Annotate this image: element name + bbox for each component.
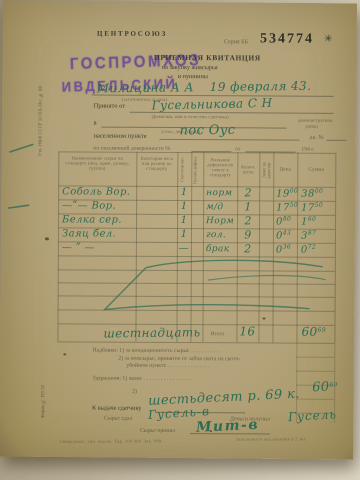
form-subtitle2: и пушнины — [178, 72, 208, 79]
row-price: 043 — [276, 230, 291, 242]
row-sort: 1 — [177, 201, 191, 212]
surcharge-line-2: 2) за кожсырье, принятое от забоя скота … — [118, 356, 240, 363]
footer-imprint-right: Заполняется под копирку в 2 экз. — [236, 436, 307, 441]
in-label: в — [94, 120, 97, 127]
row-name: Белка сер. — [62, 214, 122, 225]
money-received-signature: Гусель — [288, 407, 338, 424]
district-caption-1: административн. — [298, 118, 334, 123]
payout-label: К выдаче сдатчику — [92, 405, 141, 412]
star-icon: ✳ — [324, 34, 332, 45]
row-name: —ʺ— Вор. — [62, 200, 116, 211]
raw-given-label: Сырье сдал — [104, 416, 132, 422]
row-defect: брак — [206, 244, 230, 254]
total-qty: 16 — [236, 324, 258, 338]
col-header-price: Цена — [274, 168, 296, 173]
series-label: Серия ББ — [224, 39, 248, 45]
receipt-number: 534774 — [260, 31, 314, 47]
margin-check-marks — [3, 136, 43, 226]
row-defect: гол. — [206, 230, 226, 240]
row-qty: 9 — [237, 228, 259, 241]
row-qty: 2 — [237, 186, 259, 199]
row-defect: Норм — [206, 216, 234, 226]
footer-imprint-left: Свердловск, тип. изд-ва. Тир. 100 000. З… — [60, 438, 163, 444]
paper-speck — [63, 353, 66, 355]
accepted-from-label: Принято от — [94, 103, 126, 110]
surcharge-line-1: Надбавки: 1) за кондиционность сырья . .… — [92, 348, 220, 355]
total-label: Итого — [210, 331, 224, 337]
row-sort: 1 — [177, 215, 191, 226]
row-price: 1900 — [276, 188, 298, 200]
col-header-defects: Название дефектов по зачету к стандарту — [204, 157, 236, 177]
row-name: — ʺ — — [62, 242, 95, 253]
col-header-sort: Сорт или кат. — [180, 155, 188, 184]
col-header-category: Категория веса или размер по стандарту — [138, 156, 175, 171]
house-number-label: дв. № — [309, 136, 323, 141]
settlement-handwritten: пос Оус — [179, 123, 235, 139]
strike-through-marks — [57, 253, 337, 326]
agent-name-handwritten: Милицина А А — [97, 80, 194, 95]
paper-speck — [210, 430, 212, 432]
form-subtitle1: на закупку живсырья — [162, 64, 218, 71]
settlement-rule — [159, 139, 299, 141]
form-title: ПРИЕМНАЯ КВИТАНЦИЯ — [154, 53, 261, 63]
row-defect: м/д — [206, 202, 223, 212]
receipt-form: Утв. НКФ СССР 31/XII-38 г. № 89 Форма № … — [0, 1, 356, 459]
org-title: ЦЕНТРОСОЮЗ — [97, 30, 167, 38]
row-price: 080 — [276, 216, 291, 228]
col-header-sum: Сумма — [298, 168, 334, 173]
row-sum: 160 — [301, 216, 316, 228]
total-count-words: шестнадцать — [103, 325, 200, 340]
paper-speck — [263, 317, 266, 319]
row-defect: норм — [206, 188, 232, 198]
row-qty: 2 — [237, 214, 259, 227]
row-qty: 1 — [237, 200, 259, 213]
col-header-name: Наименование сырья по стандарту (вид, кр… — [60, 155, 134, 170]
col-header-qty: Колич. штук — [238, 164, 258, 174]
deduction-line-2: 2) — [132, 389, 137, 395]
district-caption-2: район — [306, 124, 319, 129]
col-header-defgroup: Группа дефект. — [193, 155, 201, 184]
deliverer-name-handwritten: Гусельникова С Н — [152, 96, 273, 113]
col-header-credit: Зачет по качеству — [262, 155, 270, 184]
margin-form-number: Форма № ПЗ-32 — [42, 366, 49, 436]
date-handwritten: 19 февраля 43. — [210, 79, 312, 94]
row-sort: — — [177, 243, 191, 254]
raw-accepted-label: Сырье принял — [140, 428, 175, 434]
row-price: 1750 — [276, 202, 298, 214]
paper-receipt: Утв. НКФ СССР 31/XII-38 г. № 89 Форма № … — [0, 0, 357, 459]
row-sum: 3800 — [301, 188, 323, 200]
surcharge-line-3: убойном пункте . . . . . . . . . . . . .… — [126, 363, 209, 369]
row-name: Соболь Вор. — [62, 186, 130, 197]
total-sum: 6069 — [301, 325, 326, 339]
deduction-line-1: Удержания: 1) аванс . . . . . . . . . . … — [92, 376, 191, 383]
settlement-label: населенном пункте — [93, 133, 146, 140]
row-sort: 1 — [177, 229, 191, 240]
amount-figures-handwritten: 6069 — [312, 379, 338, 395]
paper-speck — [45, 237, 49, 240]
row-name: Заяц бел. — [62, 228, 116, 239]
house-number-rule — [326, 140, 346, 141]
accepted-from-caption: (фамилия, имя и отчество сдатчика) — [152, 114, 229, 119]
row-sum: 387 — [301, 230, 316, 242]
row-sum: 1750 — [301, 202, 323, 214]
row-sort: 1 — [177, 187, 191, 198]
